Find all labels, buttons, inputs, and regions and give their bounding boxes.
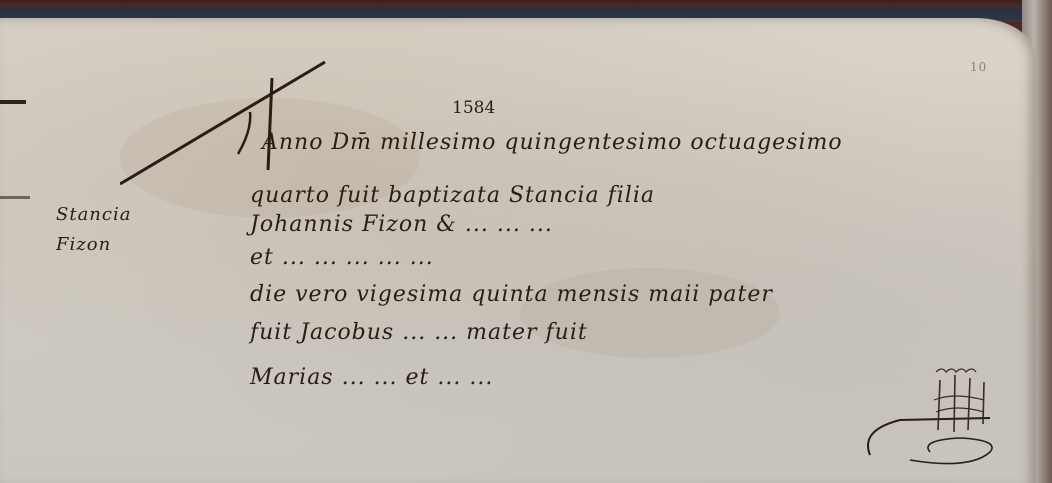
- body-line-1: Anno Dm̄ millesimo quingentesimo octuage…: [262, 130, 843, 155]
- body-line-3: Johannis Fizon & ... ... ...: [250, 212, 553, 237]
- body-line-4: et ... ... ... ... ...: [250, 245, 434, 270]
- body-line-7: Marias ... ... et ... ...: [250, 365, 493, 390]
- decorated-initial-a-icon: [120, 60, 340, 190]
- margin-note-surname: Fizon: [56, 230, 176, 260]
- body-line-6: fuit Jacobus ... ... mater fuit: [250, 320, 588, 345]
- margin-note-given-name: Stancia: [56, 200, 176, 230]
- margin-tick-mark: [0, 196, 30, 199]
- signature-paraph-icon: [850, 360, 1010, 470]
- year-header: 1584: [452, 98, 495, 118]
- body-line-2: quarto fuit baptizata Stancia filia: [250, 183, 655, 208]
- margin-tick-mark: [0, 100, 26, 104]
- folio-number: 10: [970, 60, 987, 74]
- margin-note: Stancia Fizon: [56, 200, 176, 260]
- body-line-5: die vero vigesima quinta mensis maii pat…: [250, 282, 773, 307]
